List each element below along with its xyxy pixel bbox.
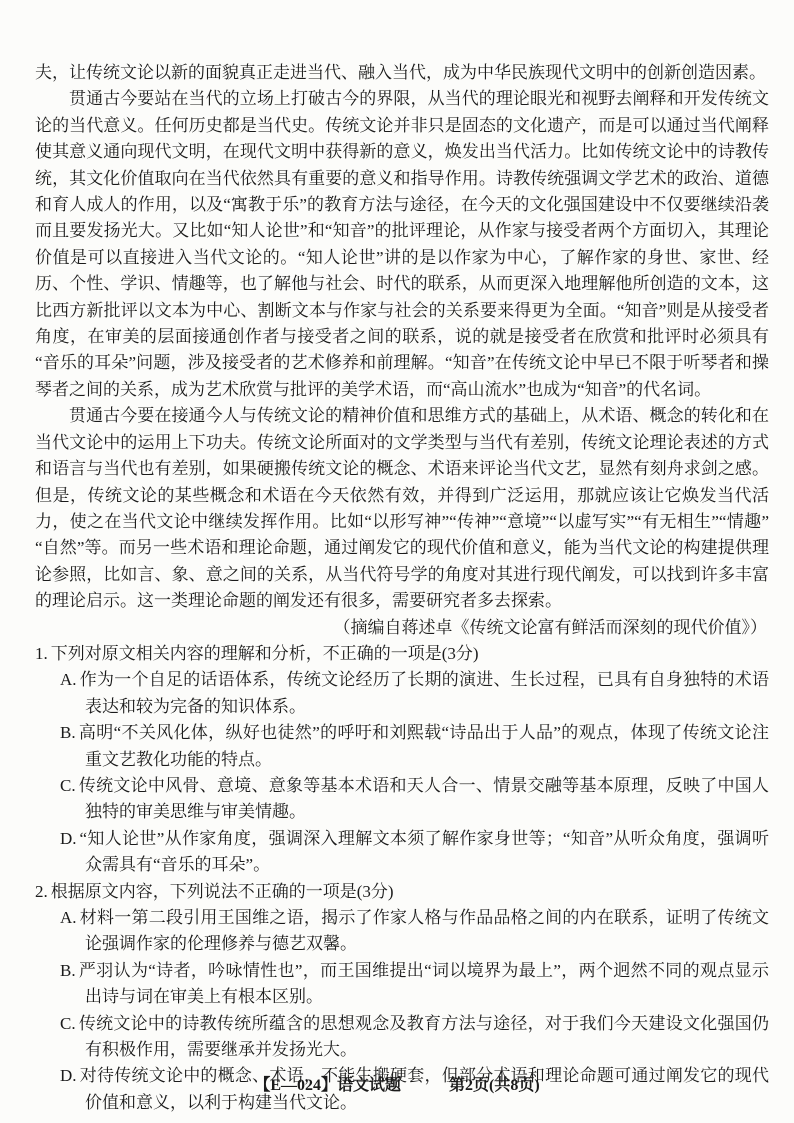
question-2-stem-text: 根据原文内容，下列说法不正确的一项是(3分)	[51, 882, 394, 901]
paragraph-2: 贯通古今要在接通今人与传统文论的精神价值和思维方式的基础上，从术语、概念的转化和…	[35, 403, 769, 614]
option-text: 材料一第二段引用王国维之语，揭示了作家人格与作品品格之间的内在联系，证明了传统文…	[80, 908, 769, 953]
option-label: A.	[60, 670, 77, 689]
paragraph-1: 贯通古今要站在当代的立场上打破古今的界限，从当代的理论眼光和视野去阐释和开发传统…	[35, 86, 769, 403]
exam-code: 【E—024】语文试题	[254, 1075, 401, 1097]
question-1: 1.下列对原文相关内容的理解和分析，不正确的一项是(3分) A.作为一个自足的话…	[35, 641, 769, 879]
option-text: 严羽认为“诗者，吟咏情性也”，而王国维提出“词以境界为最上”，两个迥然不同的观点…	[79, 961, 769, 1006]
question-1-option-d: D.“知人论世”从作家角度，强调深入理解文本须了解作家身世等；“知音”从听众角度…	[35, 826, 769, 879]
option-label: D.	[60, 829, 77, 848]
question-1-number: 1.	[35, 644, 48, 663]
option-label: B.	[60, 723, 76, 742]
option-text: “知人论世”从作家角度，强调深入理解文本须了解作家身世等；“知音”从听众角度，强…	[80, 829, 769, 874]
question-1-stem: 1.下列对原文相关内容的理解和分析，不正确的一项是(3分)	[35, 641, 769, 667]
question-1-option-c: C.传统文论中风骨、意境、意象等基本术语和天人合一、情景交融等基本原理，反映了中…	[35, 773, 769, 826]
question-2-number: 2.	[35, 882, 48, 901]
question-2-stem: 2.根据原文内容，下列说法不正确的一项是(3分)	[35, 879, 769, 905]
option-label: A.	[60, 908, 77, 927]
exam-page: 夫，让传统文论以新的面貌真正走进当代、融入当代，成为中华民族现代文明中的创新创造…	[0, 0, 794, 1123]
option-text: 传统文论中风骨、意境、意象等基本术语和天人合一、情景交融等基本原理，反映了中国人…	[79, 776, 769, 821]
continuation-line: 夫，让传统文论以新的面貌真正走进当代、融入当代，成为中华民族现代文明中的创新创造…	[35, 60, 769, 86]
question-2-option-c: C.传统文论中的诗教传统所蕴含的思想观念及教育方法与途径，对于我们今天建设文化强…	[35, 1011, 769, 1064]
option-text: 作为一个自足的话语体系，传统文论经历了长期的演进、生长过程，已具有自身独特的术语…	[80, 670, 769, 715]
question-1-option-a: A.作为一个自足的话语体系，传统文论经历了长期的演进、生长过程，已具有自身独特的…	[35, 667, 769, 720]
question-1-stem-text: 下列对原文相关内容的理解和分析，不正确的一项是(3分)	[51, 644, 479, 663]
option-label: B.	[60, 961, 76, 980]
option-label: C.	[60, 776, 76, 795]
option-text: 传统文论中的诗教传统所蕴含的思想观念及教育方法与途径，对于我们今天建设文化强国仍…	[79, 1014, 769, 1059]
question-2-option-b: B.严羽认为“诗者，吟咏情性也”，而王国维提出“词以境界为最上”，两个迥然不同的…	[35, 958, 769, 1011]
attribution-line: （摘编自蒋述卓《传统文论富有鲜活而深刻的现代价值》）	[35, 615, 769, 641]
page-footer: 【E—024】语文试题 第2页(共8页)	[0, 1075, 794, 1097]
option-text: 高明“不关风化体，纵好也徒然”的呼吁和刘熙载“诗品出于人品”的观点，体现了传统文…	[79, 723, 769, 768]
option-label: C.	[60, 1014, 76, 1033]
question-1-option-b: B.高明“不关风化体，纵好也徒然”的呼吁和刘熙载“诗品出于人品”的观点，体现了传…	[35, 720, 769, 773]
question-2-option-a: A.材料一第二段引用王国维之语，揭示了作家人格与作品品格之间的内在联系，证明了传…	[35, 905, 769, 958]
page-indicator: 第2页(共8页)	[449, 1075, 540, 1097]
